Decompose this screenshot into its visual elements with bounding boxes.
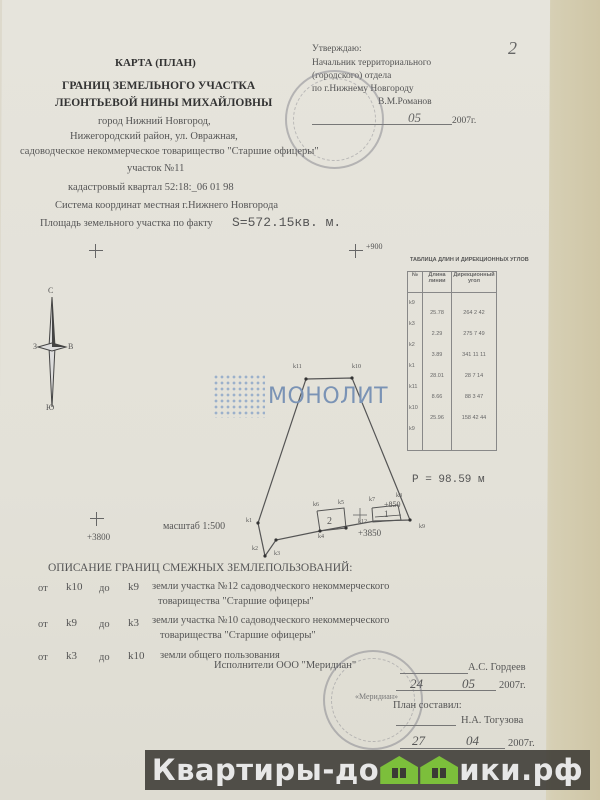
point-cell: k10 bbox=[409, 398, 421, 419]
date1-month: 05 bbox=[462, 676, 475, 692]
row1-from-word: от bbox=[38, 583, 48, 594]
point-k4: k4 bbox=[318, 534, 324, 540]
table-points-column: k9 k3 k2 k1 k11 k10 k9 bbox=[408, 293, 423, 451]
col-length: Длина линии bbox=[423, 272, 452, 293]
col-number: № bbox=[408, 272, 423, 293]
angle-cell: 275 7 49 bbox=[453, 324, 495, 345]
house-icon bbox=[380, 756, 418, 784]
point-k11: k11 bbox=[293, 364, 302, 370]
date2-day: 27 bbox=[412, 733, 425, 749]
date2-year: 2007г. bbox=[508, 738, 535, 749]
length-cell: 3.89 bbox=[424, 345, 450, 366]
length-cell: 8.66 bbox=[424, 387, 450, 408]
row1-desc: земли участка №12 садоводческого некомме… bbox=[152, 581, 389, 592]
row1-to: k9 bbox=[128, 581, 139, 593]
length-cell: 2.29 bbox=[424, 324, 450, 345]
angle-cell: 341 11 11 bbox=[453, 345, 495, 366]
row3-from-word: от bbox=[38, 652, 48, 663]
row2-from-word: от bbox=[38, 619, 48, 630]
length-cell: 25.96 bbox=[424, 408, 450, 429]
monolit-text: МОНОЛИТ bbox=[268, 384, 388, 409]
table-length-column: 25.78 2.29 3.89 28.01 8.66 25.96 bbox=[423, 293, 452, 451]
row1-desc2: товарищества "Старшие офицеры" bbox=[158, 596, 314, 607]
length-cell: 28.01 bbox=[424, 366, 450, 387]
site-watermark: Квартиры-до ики.рф bbox=[145, 750, 590, 790]
point-k9: k9 bbox=[419, 524, 425, 530]
row3-to: k10 bbox=[128, 650, 145, 662]
row3-to-word: до bbox=[99, 652, 110, 663]
row1-from: k10 bbox=[66, 581, 83, 593]
point-k1: k1 bbox=[246, 518, 252, 524]
col-angle: Дирекционный угол bbox=[452, 272, 497, 293]
monolit-watermark: МОНОЛИТ bbox=[213, 374, 388, 418]
point-cell: k11 bbox=[409, 377, 421, 398]
row2-desc: земли участка №10 садоводческого некомме… bbox=[152, 615, 389, 626]
scale-label: масштаб 1:500 bbox=[163, 521, 225, 532]
point-cell: k1 bbox=[409, 356, 421, 377]
adjacent-title: ОПИСАНИЕ ГРАНИЦ СМЕЖНЫХ ЗЕМЛЕПОЛЬЗОВАНИЙ… bbox=[48, 562, 353, 574]
point-k3: k3 bbox=[274, 551, 280, 557]
point-k6: k6 bbox=[313, 502, 319, 508]
point-k12: k12 bbox=[358, 519, 367, 525]
length-angle-table: № Длина линии Дирекционный угол k9 k3 k2… bbox=[407, 271, 497, 451]
angle-cell: 28 7 14 bbox=[453, 366, 495, 387]
point-cell: k3 bbox=[409, 314, 421, 335]
date1-year: 2007г. bbox=[499, 680, 526, 691]
signature-line-2 bbox=[396, 725, 456, 726]
composed-label: План составил: bbox=[393, 700, 462, 711]
point-k5: k5 bbox=[338, 500, 344, 506]
angle-cell: 158 42 44 bbox=[453, 408, 495, 429]
row1-to-word: до bbox=[99, 583, 110, 594]
angle-cell: 88 3 47 bbox=[453, 387, 495, 408]
table-angle-column: 264 2 42 275 7 49 341 11 11 28 7 14 88 3… bbox=[452, 293, 497, 451]
point-cell: k2 bbox=[409, 335, 421, 356]
point-cell: k9 bbox=[409, 419, 421, 440]
row2-from: k9 bbox=[66, 617, 77, 629]
point-k7: k7 bbox=[369, 497, 375, 503]
perimeter: P = 98.59 м bbox=[412, 474, 485, 486]
monolit-logo-icon bbox=[213, 374, 265, 418]
stamp-text: «Меридиан» bbox=[355, 692, 398, 701]
point-k10: k10 bbox=[352, 364, 361, 370]
point-cell: k9 bbox=[409, 293, 421, 314]
length-cell: 25.78 bbox=[424, 303, 450, 324]
row2-to-word: до bbox=[99, 619, 110, 630]
row2-desc2: товарищества "Старшие офицеры" bbox=[160, 630, 316, 641]
row2-to: k3 bbox=[128, 617, 139, 629]
point-k8: k8 bbox=[396, 493, 402, 499]
coord-table-title: ТАБЛИЦА ДЛИН И ДИРЕКЦИОННЫХ УГЛОВ bbox=[410, 257, 529, 263]
angle-cell: 264 2 42 bbox=[453, 303, 495, 324]
date2-month: 04 bbox=[466, 733, 479, 749]
house-icon bbox=[420, 756, 458, 784]
point-k2: k2 bbox=[252, 546, 258, 552]
executor-1: А.С. Гордеев bbox=[468, 662, 526, 673]
watermark-text-left: Квартиры-до bbox=[152, 753, 379, 787]
building-1: 1 bbox=[384, 509, 389, 519]
grid-label-850: +850 bbox=[384, 500, 401, 509]
row3-from: k3 bbox=[66, 650, 77, 662]
watermark-text-right: ики.рф bbox=[459, 753, 583, 787]
building-2: 2 bbox=[327, 516, 332, 527]
grid-label-3850: +3850 bbox=[358, 528, 381, 538]
executor-2: Н.А. Тогузова bbox=[461, 715, 523, 726]
